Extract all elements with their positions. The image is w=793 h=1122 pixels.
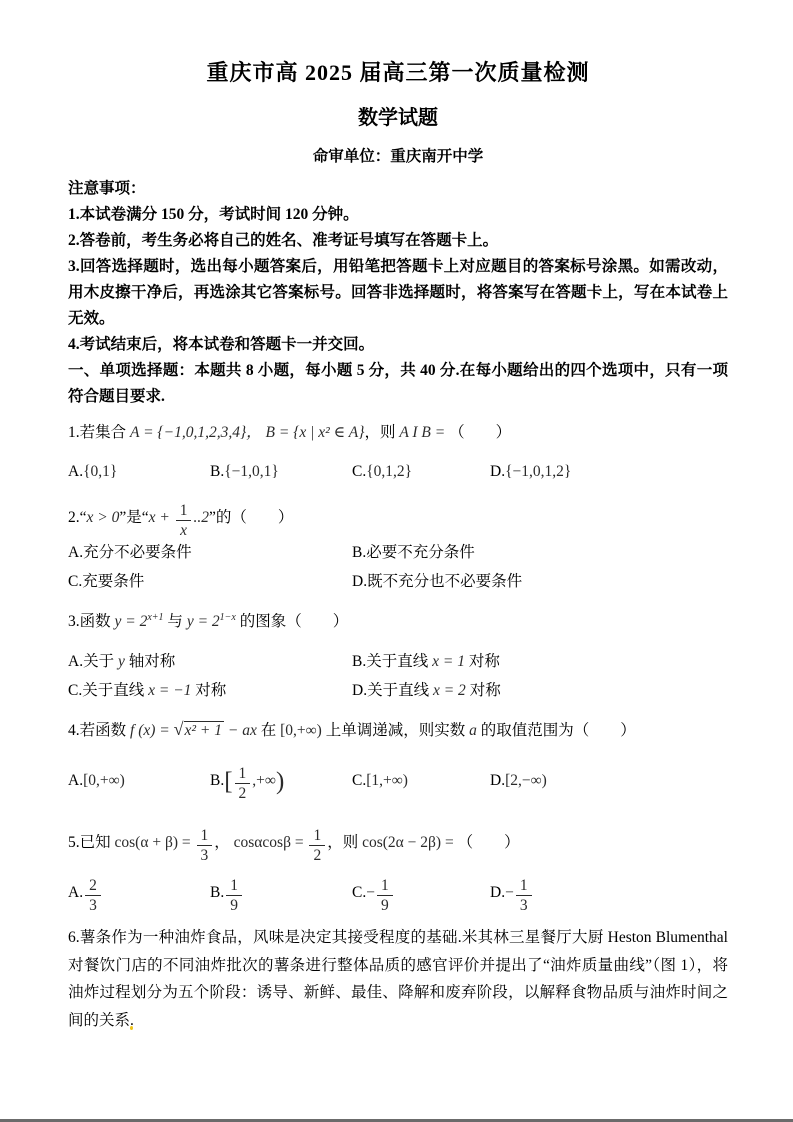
q1-answer-paren: （ ） <box>449 424 511 441</box>
notice-item-4: 4.考试结束后，将本试卷和答题卡一并交回。 <box>68 332 728 358</box>
option-math: x = −1 <box>148 682 191 699</box>
question-1-stem: 1.若集合 A = {−1,0,1,2,3,4}， B = {x | x² ∈ … <box>68 420 728 446</box>
fraction-denominator: 3 <box>85 896 101 915</box>
q5-fraction-1: 13 <box>197 826 213 865</box>
option-value: [2,−∞) <box>505 772 547 789</box>
q5-text: 5.已知 <box>68 834 115 851</box>
q1-math-sets: A = {−1,0,1,2,3,4}， B = {x | x² ∈ A} <box>130 424 364 441</box>
option-label: B. <box>210 884 224 901</box>
option-value: 充要条件 <box>82 573 144 590</box>
notice-item-3: 3.回答选择题时，选出每小题答案后，用铅笔把答题卡上对应题目的答案标号涂黑。如需… <box>68 254 728 332</box>
option-text: 关于直线 <box>82 682 148 699</box>
option-fraction: 19 <box>226 876 242 915</box>
q3-option-c: C.关于直线 x = −1 对称 <box>68 678 352 704</box>
q2-option-c: C.充要条件 <box>68 569 352 595</box>
question-6-text: 6.薯条作为一种油炸食品，风味是决定其接受程度的基础.米其林三星餐厅大厨 Hes… <box>68 924 728 1034</box>
option-label: D. <box>490 463 505 480</box>
q1-math-intersection: A Ι B = <box>399 424 449 441</box>
page-content: 重庆市高 2025 届高三第一次质量检测 数学试题 命审单位：重庆南开中学 注意… <box>68 58 728 1034</box>
q4-square-root: √x² + 1 <box>174 722 224 739</box>
radical-sign: √ <box>174 719 184 739</box>
fraction-numerator: 1 <box>309 826 325 846</box>
q3-math-fn1: y = 2 <box>115 613 148 630</box>
q1-option-b: B.{−1,0,1} <box>210 459 352 485</box>
option-label: A. <box>68 463 83 480</box>
option-label: B. <box>210 772 224 789</box>
option-value: 既不充分也不必要条件 <box>367 573 522 590</box>
fraction-numerator: 1 <box>516 876 532 896</box>
option-label: D. <box>352 573 367 590</box>
option-text: 对称 <box>466 682 501 699</box>
q2-option-d: D.既不充分也不必要条件 <box>352 569 728 595</box>
q5-math-cos2: cosαcosβ = <box>234 834 308 851</box>
q5-math-cos1: cos(α + β) = <box>115 834 195 851</box>
option-label: C. <box>68 682 82 699</box>
q4-option-d: D.[2,−∞) <box>490 758 728 804</box>
q3-text: 3.函数 <box>68 613 115 630</box>
option-value: {0,1,2} <box>366 463 412 480</box>
q5-math-cos3: cos(2α − 2β) = <box>362 834 457 851</box>
q4-math-interval: [0,+∞) <box>280 722 322 739</box>
option-value: {−1,0,1} <box>224 463 279 480</box>
option-label: C. <box>352 463 366 480</box>
notice-item-1: 1.本试卷满分 150 分，考试时间 120 分钟。 <box>68 202 728 228</box>
option-value: 充分不必要条件 <box>83 544 192 561</box>
fraction-numerator: 1 <box>176 501 192 521</box>
q5-text-mid1: ， <box>214 834 233 851</box>
q2-options-row1: A.充分不必要条件 B.必要不充分条件 <box>68 540 728 566</box>
fraction-numerator: 1 <box>377 876 393 896</box>
option-label: C. <box>68 573 82 590</box>
fraction-denominator: 2 <box>235 784 251 803</box>
option-fraction: 19 <box>377 876 393 915</box>
option-label: A. <box>68 884 83 901</box>
q3-exponent-2: 1−x <box>220 612 236 623</box>
option-label: C. <box>352 884 366 901</box>
exam-subtitle: 数学试题 <box>68 104 728 132</box>
option-label: A. <box>68 653 83 670</box>
notice-block: 注意事项： 1.本试卷满分 150 分，考试时间 120 分钟。 2.答卷前，考… <box>68 176 728 358</box>
option-fraction: 23 <box>85 876 101 915</box>
notice-heading: 注意事项： <box>68 176 728 202</box>
question-5-stem: 5.已知 cos(α + β) = 13， cosαcosβ = 12，则 co… <box>68 820 728 866</box>
option-label: D. <box>490 884 505 901</box>
option-sign: − <box>366 884 375 901</box>
option-math: x = 2 <box>433 682 466 699</box>
q4-text-mid1: 在 <box>257 722 280 739</box>
q5-option-c: C.−19 <box>352 870 490 916</box>
q4-option-c: C.[1,+∞) <box>352 758 490 804</box>
q3-options-row1: A.关于 y 轴对称 B.关于直线 x = 1 对称 <box>68 649 728 675</box>
q2-math-condition: x > 0 <box>87 509 120 526</box>
q4-option-b-fraction: 12 <box>235 764 251 803</box>
fraction-denominator: 2 <box>309 846 325 865</box>
fraction-numerator: 2 <box>85 876 101 896</box>
option-text: 关于 <box>83 653 118 670</box>
q4-math-a: a <box>469 722 477 739</box>
exam-page: 重庆市高 2025 届高三第一次质量检测 数学试题 命审单位：重庆南开中学 注意… <box>0 0 793 1122</box>
q5-answer-paren: （ ） <box>458 834 520 851</box>
section1-header: 一、单项选择题：本题共 8 小题，每小题 5 分，共 40 分.在每小题给出的四… <box>68 358 728 410</box>
q1-text-mid: ，则 <box>364 424 399 441</box>
q4-option-a: A.[0,+∞) <box>68 758 210 804</box>
fraction-numerator: 1 <box>226 876 242 896</box>
q2-option-b: B.必要不充分条件 <box>352 540 728 566</box>
q4-text-mid2: 上单调递减，则实数 <box>322 722 469 739</box>
q5-option-b: B.19 <box>210 870 352 916</box>
option-text: 对称 <box>465 653 500 670</box>
question-3-stem: 3.函数 y = 2x+1 与 y = 21−x 的图象（ ） <box>68 605 728 635</box>
option-math: y <box>118 653 125 670</box>
q1-options: A.{0,1} B.{−1,0,1} C.{0,1,2} D.{−1,0,1,2… <box>68 459 728 485</box>
exam-title: 重庆市高 2025 届高三第一次质量检测 <box>68 58 728 88</box>
q3-math-fn2: y = 2 <box>187 613 220 630</box>
q2-text-mid: ”是“ <box>119 509 148 526</box>
q3-option-d: D.关于直线 x = 2 对称 <box>352 678 728 704</box>
q2-fraction: 1x <box>176 501 192 540</box>
q3-option-b: B.关于直线 x = 1 对称 <box>352 649 728 675</box>
q2-options-row2: C.充要条件 D.既不充分也不必要条件 <box>68 569 728 595</box>
fraction-denominator: 3 <box>197 846 213 865</box>
option-label: A. <box>68 544 83 561</box>
option-value: {0,1} <box>83 463 117 480</box>
q4-options: A.[0,+∞) B.[12,+∞) C.[1,+∞) D.[2,−∞) <box>68 758 728 804</box>
q3-text-tail: 的图象（ ） <box>236 613 348 630</box>
fraction-denominator: x <box>176 521 192 540</box>
option-label: B. <box>352 544 366 561</box>
q4-text: 4.若函数 <box>68 722 130 739</box>
fraction-numerator: 1 <box>197 826 213 846</box>
radicand: x² + 1 <box>184 721 225 739</box>
question-2-stem: 2.“x > 0”是“x + 1x..2”的（ ） <box>68 501 728 540</box>
q5-option-d: D.−13 <box>490 870 728 916</box>
q2-math-expr: x + <box>149 509 174 526</box>
option-label: A. <box>68 772 83 789</box>
option-label: B. <box>210 463 224 480</box>
option-label: B. <box>352 653 366 670</box>
q3-option-a: A.关于 y 轴对称 <box>68 649 352 675</box>
option-value: ,+∞ <box>252 772 276 789</box>
exam-issuing-unit: 命审单位：重庆南开中学 <box>68 144 728 170</box>
q3-options-row2: C.关于直线 x = −1 对称 D.关于直线 x = 2 对称 <box>68 678 728 704</box>
q1-text: 1.若集合 <box>68 424 130 441</box>
scan-artifact-dot <box>130 1026 133 1030</box>
fraction-numerator: 1 <box>235 764 251 784</box>
fraction-denominator: 3 <box>516 896 532 915</box>
fraction-denominator: 9 <box>226 896 242 915</box>
q5-options: A.23 B.19 C.−19 D.−13 <box>68 870 728 916</box>
q5-text-mid2: ，则 <box>327 834 362 851</box>
option-sign: − <box>505 884 514 901</box>
q2-text-tail: ”的（ ） <box>209 509 293 526</box>
option-value: [0,+∞) <box>83 772 125 789</box>
option-math: x = 1 <box>432 653 465 670</box>
q3-text-mid: 与 <box>164 613 187 630</box>
option-label: D. <box>352 682 367 699</box>
option-label: C. <box>352 772 366 789</box>
option-fraction: 13 <box>516 876 532 915</box>
option-value: {−1,0,1,2} <box>505 463 571 480</box>
question-4-stem: 4.若函数 f (x) = √x² + 1 − ax 在 [0,+∞) 上单调递… <box>68 716 728 744</box>
q4-text-tail: 的取值范围为（ ） <box>477 722 636 739</box>
notice-item-2: 2.答卷前，考生务必将自己的姓名、准考证号填写在答题卡上。 <box>68 228 728 254</box>
option-value: [1,+∞) <box>366 772 408 789</box>
q2-math-rhs: ..2 <box>193 509 209 526</box>
q4-option-b: B.[12,+∞) <box>210 758 352 804</box>
option-text: 轴对称 <box>125 653 175 670</box>
q4-math-fn: f (x) = <box>130 722 174 739</box>
fraction-denominator: 9 <box>377 896 393 915</box>
q3-exponent-1: x+1 <box>147 612 163 623</box>
option-text: 对称 <box>191 682 226 699</box>
q5-option-a: A.23 <box>68 870 210 916</box>
option-text: 关于直线 <box>366 653 432 670</box>
q2-text: 2.“ <box>68 509 87 526</box>
q1-option-c: C.{0,1,2} <box>352 459 490 485</box>
q1-option-d: D.{−1,0,1,2} <box>490 459 728 485</box>
option-value: 必要不充分条件 <box>366 544 475 561</box>
q2-option-a: A.充分不必要条件 <box>68 540 352 566</box>
option-label: D. <box>490 772 505 789</box>
option-text: 关于直线 <box>367 682 433 699</box>
q5-fraction-2: 12 <box>309 826 325 865</box>
q1-option-a: A.{0,1} <box>68 459 210 485</box>
q4-math-minus-ax: − ax <box>224 722 257 739</box>
